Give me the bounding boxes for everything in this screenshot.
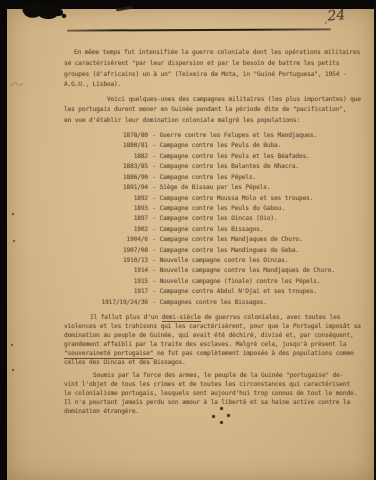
campaign-row: 1892-Campagne contre Moussa Molo et ses … xyxy=(64,194,366,204)
campaign-year: 1907/08 xyxy=(64,246,148,256)
campaign-year: 1917 xyxy=(64,287,148,297)
paper: En même temps fut intensifiée la guerre … xyxy=(7,9,374,480)
ink-blot-mark xyxy=(20,1,68,25)
closing-paragraph-2: Soumis par la force des armes, le peuple… xyxy=(64,371,366,416)
campaign-separator: - xyxy=(148,246,160,256)
separator-dot xyxy=(220,421,223,424)
campaign-text: Nouvelle campagne (finale) contre les Pé… xyxy=(160,277,321,287)
paragraph-line: "souveraineté portugaise" ne fut pas com… xyxy=(64,349,366,358)
typed-text-block: En même temps fut intensifiée la guerre … xyxy=(64,48,366,416)
campaign-text: Nouvelle campagne contre les Mandjaques … xyxy=(160,266,335,276)
campaign-row: 1917/19/24/36-Campagnes contre les Bissa… xyxy=(64,298,366,308)
campaign-separator: - xyxy=(148,287,160,297)
campaign-row: 1915-Nouvelle campagne (finale) contre l… xyxy=(64,277,366,287)
campaign-separator: - xyxy=(148,256,160,266)
campaign-year: 1897 xyxy=(64,214,148,224)
campaign-row: 1902-Campagne contre les Bissagos. xyxy=(64,225,366,235)
paragraph-line: Voici quelques-unes des campagnes milita… xyxy=(64,95,366,105)
campaign-text: Campagne contre Abdul N'Djai et ses trou… xyxy=(160,287,317,297)
campaign-year: 1880/81 xyxy=(64,141,148,151)
pencil-squiggle-mark xyxy=(10,80,24,89)
separator-dot xyxy=(220,407,223,410)
campaign-row: 1914-Nouvelle campagne contre les Mandja… xyxy=(64,266,366,276)
paragraph-line: violences et les trahisons qui les carac… xyxy=(64,322,366,331)
separator-dot xyxy=(212,415,215,418)
campaign-year: 1915 xyxy=(64,277,148,287)
campaign-text: Nouvelle campagne contre les Oincas. xyxy=(160,256,289,266)
campaign-row: 1917-Campagne contre Abdul N'Djai et ses… xyxy=(64,287,366,297)
campaign-year: 1882 xyxy=(64,152,148,162)
campaign-text: Campagne contre les Bissagos. xyxy=(160,225,264,235)
paragraph-line: Soumis par la force des armes, le peuple… xyxy=(64,371,366,380)
campaign-row: 1880/81-Campagne contre les Peuls de Bub… xyxy=(64,141,366,151)
paragraph-text: de guerres coloniales, avec toutes les xyxy=(201,314,340,321)
intro-paragraph-2: Voici quelques-unes des campagnes milita… xyxy=(64,95,366,126)
campaign-text: Campagne contre les Mandingues de Geba. xyxy=(160,246,299,256)
paragraph-line: groupes (d'africains) un à un" (Teixeira… xyxy=(64,70,366,81)
margin-speck xyxy=(11,344,13,346)
campaign-separator: - xyxy=(148,162,160,172)
page-number: ,24 xyxy=(323,7,346,25)
paragraph-line: Il fallut plus d'un demi-siècle de guerr… xyxy=(64,313,366,322)
campaign-text: Siège de Bissau par les Pépels. xyxy=(160,183,271,193)
campaign-separator: - xyxy=(148,298,160,308)
campaign-row: 1893-Campagne contre les Peuls du Gabou. xyxy=(64,204,366,214)
campaign-text: Campagne contre les Oincas (Oio). xyxy=(160,214,278,224)
campaign-separator: - xyxy=(148,152,160,162)
paragraph-line: le colonialisme portugais, lesquels sont… xyxy=(64,389,366,398)
separator-dot xyxy=(227,414,230,417)
campaign-year: 1883/85 xyxy=(64,162,148,172)
margin-speck xyxy=(12,213,14,215)
campaign-separator: - xyxy=(148,131,160,141)
campaign-separator: - xyxy=(148,225,160,235)
closing-paragraph-1: Il fallut plus d'un demi-siècle de guerr… xyxy=(64,313,366,368)
paragraph-line: les portugais durent mener en Guinée pen… xyxy=(64,105,366,115)
campaign-text: Campagne contre Moussa Molo et ses troup… xyxy=(160,194,314,204)
paragraph-line: Il n'a pourtant jamais perdu son amour à… xyxy=(64,398,366,407)
paragraph-text: Il fallut plus d'un xyxy=(90,314,162,321)
campaign-row: 1910/13-Nouvelle campagne contre les Oin… xyxy=(64,256,366,266)
campaign-separator: - xyxy=(148,235,160,245)
campaign-year: 1878/80 xyxy=(64,131,148,141)
campaign-year: 1902 xyxy=(64,225,148,235)
intro-paragraph-1: En même temps fut intensifiée la guerre … xyxy=(64,48,366,91)
campaign-year: 1914 xyxy=(64,266,148,276)
campaign-text: Campagne contre les Balantes de Nhacra. xyxy=(160,162,299,172)
margin-speck xyxy=(13,240,15,242)
campaign-separator: - xyxy=(148,214,160,224)
campaign-row: 1878/80-Guerre contre les Felupes et les… xyxy=(64,131,366,141)
paragraph-text: ne fut pas complètement imposée à des po… xyxy=(153,350,353,357)
campaign-year: 1886/90 xyxy=(64,173,148,183)
campaign-separator: - xyxy=(148,277,160,287)
campaign-year: 1904/6 xyxy=(64,235,148,245)
campaign-separator: - xyxy=(148,173,160,183)
paragraph-line: en vue d'établir leur domination colonia… xyxy=(64,116,366,126)
paragraph-line: celles des Oincas et des Bissagos. xyxy=(64,358,366,367)
campaign-row: 1882-Campagne contre les Peuls et les Bé… xyxy=(64,152,366,162)
campaign-text: Campagne contre les Pépels. xyxy=(160,173,257,183)
campaign-list: 1878/80-Guerre contre les Felupes et les… xyxy=(64,131,366,308)
paragraph-line: domination étrangère. xyxy=(64,407,366,416)
campaign-text: Campagne contre les Peuls du Gabou. xyxy=(160,204,285,214)
campaign-text: Guerre contre les Felupes et les Mandjaq… xyxy=(160,131,317,141)
scan-edge-left xyxy=(0,0,7,480)
campaign-year: 1893 xyxy=(64,204,148,214)
paragraph-line: se caractérisèrent "par leur dispersion … xyxy=(64,59,366,70)
margin-speck xyxy=(12,369,14,371)
campaign-row: 1883/85-Campagne contre les Balantes de … xyxy=(64,162,366,172)
campaign-row: 1897-Campagne contre les Oincas (Oio). xyxy=(64,214,366,224)
campaign-row: 1886/90-Campagne contre les Pépels. xyxy=(64,173,366,183)
campaign-separator: - xyxy=(148,141,160,151)
campaign-separator: - xyxy=(148,204,160,214)
campaign-year: 1917/19/24/36 xyxy=(64,298,148,308)
campaign-text: Campagnes contre les Bissagos. xyxy=(160,298,267,308)
campaign-year: 1910/13 xyxy=(64,256,148,266)
page-number-value: 24 xyxy=(327,7,346,24)
campaign-row: 1907/08-Campagne contre les Mandingues d… xyxy=(64,246,366,256)
paragraph-line: vint l'objet de tous les crimes et de to… xyxy=(64,380,366,389)
campaign-row: 1904/6-Campagne contre les Mandjaques de… xyxy=(64,235,366,245)
campaign-separator: - xyxy=(148,183,160,193)
scanned-document-page: En même temps fut intensifiée la guerre … xyxy=(0,0,376,480)
campaign-separator: - xyxy=(148,266,160,276)
paragraph-line: grandement affaibli par la traite des es… xyxy=(64,340,366,349)
campaign-text: Campagne contre les Peuls et les Béafade… xyxy=(160,152,310,162)
paragraph-line: A.G.U., Lisboa). xyxy=(64,80,366,91)
paragraph-line: En même temps fut intensifiée la guerre … xyxy=(64,48,366,59)
campaign-text: Campagne contre les Peuls de Buba. xyxy=(160,141,282,151)
campaign-text: Campagne contre les Mandjaques de Churo. xyxy=(160,235,303,245)
campaign-year: 1892 xyxy=(64,194,148,204)
campaign-year: 1891/94 xyxy=(64,183,148,193)
campaign-row: 1891/94-Siège de Bissau par les Pépels. xyxy=(64,183,366,193)
paragraph-line: domination au peuple de Guinée, qui avai… xyxy=(64,331,366,340)
campaign-separator: - xyxy=(148,194,160,204)
